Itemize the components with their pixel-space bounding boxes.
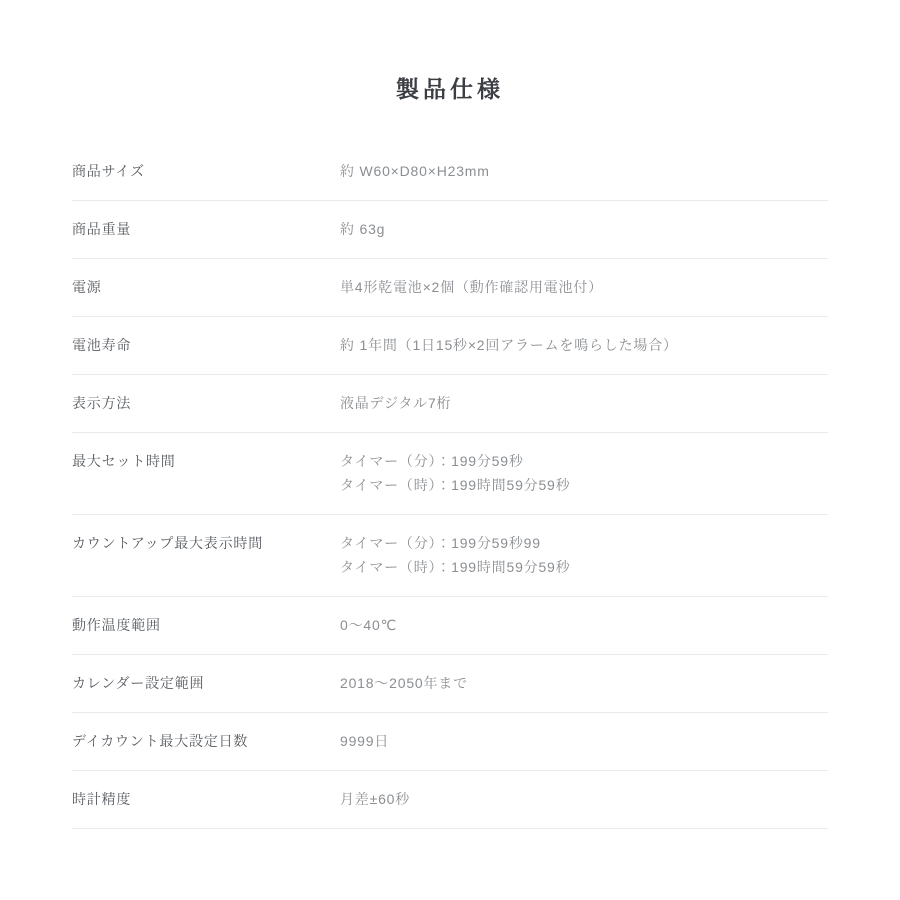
spec-label: カウントアップ最大表示時間 (72, 531, 340, 555)
spec-row: デイカウント最大設定日数 9999日 (72, 713, 828, 771)
spec-row: 商品サイズ 約 W60×D80×H23mm (72, 143, 828, 201)
spec-value-cell: タイマー（分）：199分59秒99タイマー（時）：199時間59分59秒 (340, 531, 828, 579)
spec-row: 時計精度 月差±60秒 (72, 771, 828, 829)
spec-value-line: 月差±60秒 (340, 787, 828, 811)
spec-value-cell: 約 W60×D80×H23mm (340, 159, 828, 183)
spec-row: 表示方法 液晶デジタル7桁 (72, 375, 828, 433)
page-title: 製品仕様 (0, 0, 900, 106)
spec-value-line: タイマー（分）：199分59秒 (340, 449, 828, 473)
spec-label: 電池寿命 (72, 333, 340, 357)
spec-row: 電源 単4形乾電池×2個（動作確認用電池付） (72, 259, 828, 317)
spec-label: 時計精度 (72, 787, 340, 811)
spec-value-cell: 9999日 (340, 729, 828, 753)
spec-value-cell: タイマー（分）：199分59秒タイマー（時）：199時間59分59秒 (340, 449, 828, 497)
spec-value-cell: 2018〜2050年まで (340, 671, 828, 695)
spec-value-cell: 0〜40℃ (340, 613, 828, 637)
spec-label: 商品重量 (72, 217, 340, 241)
spec-row: 動作温度範囲 0〜40℃ (72, 597, 828, 655)
spec-value-line: 単4形乾電池×2個（動作確認用電池付） (340, 275, 828, 299)
spec-table: 商品サイズ 約 W60×D80×H23mm 商品重量 約 63g 電源 単4形乾… (72, 143, 828, 829)
spec-value-cell: 液晶デジタル7桁 (340, 391, 828, 415)
spec-value-line: 約 W60×D80×H23mm (340, 159, 828, 183)
spec-label: 動作温度範囲 (72, 613, 340, 637)
spec-value-cell: 月差±60秒 (340, 787, 828, 811)
spec-value-line: 約 1年間（1日15秒×2回アラームを鳴らした場合） (340, 333, 828, 357)
spec-value-line: 液晶デジタル7桁 (340, 391, 828, 415)
spec-row: カレンダー設定範囲 2018〜2050年まで (72, 655, 828, 713)
spec-row: 最大セット時間 タイマー（分）：199分59秒タイマー（時）：199時間59分5… (72, 433, 828, 515)
spec-row: カウントアップ最大表示時間 タイマー（分）：199分59秒99タイマー（時）：1… (72, 515, 828, 597)
spec-value-cell: 約 63g (340, 217, 828, 241)
spec-label: デイカウント最大設定日数 (72, 729, 340, 753)
spec-value-line: タイマー（時）：199時間59分59秒 (340, 555, 828, 579)
spec-row: 電池寿命 約 1年間（1日15秒×2回アラームを鳴らした場合） (72, 317, 828, 375)
spec-value-line: タイマー（時）：199時間59分59秒 (340, 473, 828, 497)
spec-label: 商品サイズ (72, 159, 340, 183)
spec-value-line: 0〜40℃ (340, 613, 828, 637)
spec-label: 最大セット時間 (72, 449, 340, 473)
spec-value-line: 2018〜2050年まで (340, 671, 828, 695)
spec-label: 電源 (72, 275, 340, 299)
spec-row: 商品重量 約 63g (72, 201, 828, 259)
spec-value-cell: 約 1年間（1日15秒×2回アラームを鳴らした場合） (340, 333, 828, 357)
spec-label: カレンダー設定範囲 (72, 671, 340, 695)
spec-value-line: タイマー（分）：199分59秒99 (340, 531, 828, 555)
spec-label: 表示方法 (72, 391, 340, 415)
spec-value-line: 9999日 (340, 729, 828, 753)
spec-value-cell: 単4形乾電池×2個（動作確認用電池付） (340, 275, 828, 299)
spec-value-line: 約 63g (340, 217, 828, 241)
